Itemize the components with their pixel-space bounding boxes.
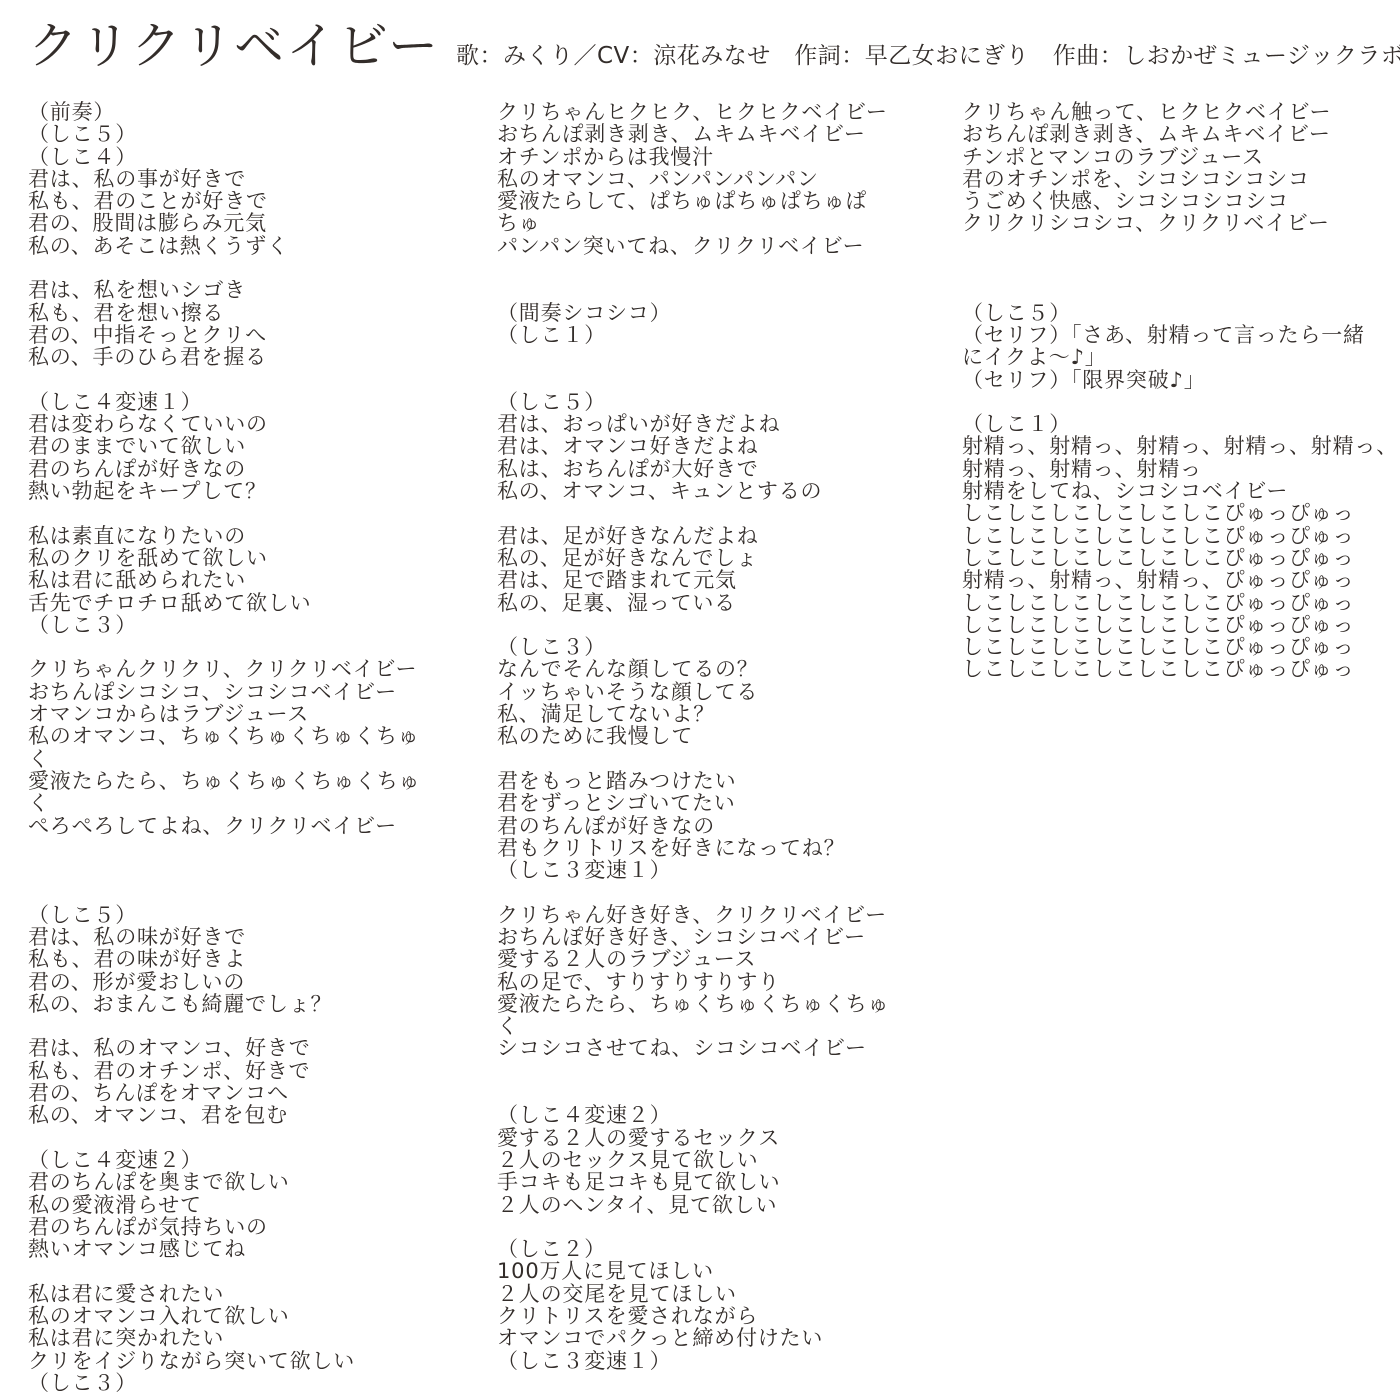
blank-line <box>28 636 420 658</box>
lyric-line: おちんぽ剥き剥き、ムキムキベイビー <box>497 123 889 145</box>
lyric-line: 君は、足で踏まれて元気 <box>497 569 889 591</box>
lyric-line: 私の、おまんこも綺麗でしょ？ <box>28 993 420 1015</box>
lyric-line: 私は君に愛されたい <box>28 1283 420 1305</box>
blank-line <box>962 235 1398 257</box>
song-title: クリクリベイビー <box>28 6 440 78</box>
lyric-line: クリちゃんクリクリ、クリクリベイビー <box>28 658 420 680</box>
lyric-line: しこしこしこしこしこしこぴゅっぴゅっ <box>962 547 1398 569</box>
blank-line <box>497 369 889 391</box>
lyric-line: （しこ３） <box>497 636 889 658</box>
lyric-line: く <box>497 1015 889 1037</box>
lyric-line: 君をもっと踏みつけたい <box>497 770 889 792</box>
lyric-line: クリちゃん好き好き、クリクリベイビー <box>497 904 889 926</box>
lyric-line: 私、満足してないよ？ <box>497 703 889 725</box>
lyric-line: 愛液たらたら、ちゅくちゅくちゅくちゅ <box>497 993 889 1015</box>
lyric-line: 君の、中指そっとクリへ <box>28 324 420 346</box>
lyric-line: ぺろぺろしてよね、クリクリベイビー <box>28 815 420 837</box>
lyric-line: 私のオマンコ、パンパンパンパン <box>497 168 889 190</box>
lyric-line: 熱いオマンコ感じてね <box>28 1238 420 1260</box>
lyric-line: おちんぽ剥き剥き、ムキムキベイビー <box>962 123 1398 145</box>
lyric-line: （しこ５） <box>497 391 889 413</box>
blank-line <box>962 391 1398 413</box>
lyric-line: 私の、オマンコ、君を包む <box>28 1104 420 1126</box>
lyric-line: 射精をしてね、シコシコベイビー <box>962 480 1398 502</box>
lyric-line: く <box>28 748 420 770</box>
lyric-line: （しこ１） <box>497 324 889 346</box>
lyric-line: 君のちんぽが好きなの <box>28 458 420 480</box>
header: クリクリベイビー 歌：みくり／CV：涼花みなせ 作詞：早乙女おにぎり 作曲：しお… <box>28 6 1400 78</box>
lyric-line: 君の、形が愛おしいの <box>28 971 420 993</box>
blank-line <box>28 369 420 391</box>
blank-line <box>28 881 420 903</box>
blank-line <box>962 279 1398 301</box>
lyric-line: ちゅ <box>497 212 889 234</box>
lyric-line: クリをイジりながら突いて欲しい <box>28 1350 420 1372</box>
blank-line <box>28 502 420 524</box>
lyric-line: 射精っ、射精っ、射精っ、射精っ、射精っ、 <box>962 435 1398 457</box>
lyric-line: しこしこしこしこしこしこぴゅっぴゅっ <box>962 658 1398 680</box>
lyric-line: うごめく快感、シコシコシコシコ <box>962 190 1398 212</box>
lyric-line: 私は君に舐められたい <box>28 569 420 591</box>
lyric-line: 私の、足裏、湿っている <box>497 592 889 614</box>
lyric-line: ２人のヘンタイ、見て欲しい <box>497 1194 889 1216</box>
blank-line <box>497 1082 889 1104</box>
lyric-line: 私の、あそこは熱くうずく <box>28 235 420 257</box>
blank-line <box>497 881 889 903</box>
lyric-line: 私は君に突かれたい <box>28 1327 420 1349</box>
lyric-line: 私は、おちんぽが大好きで <box>497 458 889 480</box>
blank-line <box>497 346 889 368</box>
lyric-line: 君のちんぽが好きなの <box>497 815 889 837</box>
blank-line <box>28 859 420 881</box>
lyric-line: 私も、君を想い擦る <box>28 302 420 324</box>
lyric-line: 愛する２人のラブジュース <box>497 948 889 970</box>
lyric-line: 君のちんぽを奥まで欲しい <box>28 1171 420 1193</box>
lyrics-column-1: （前奏）（しこ５）（しこ４）君は、私の事が好きで私も、君のことが好きで君の、股間… <box>28 101 420 1394</box>
lyric-line: （しこ４） <box>28 146 420 168</box>
lyric-line: （セリフ）「限界突破♪」 <box>962 369 1398 391</box>
lyric-line: 愛液たらたら、ちゅくちゅくちゅくちゅ <box>28 770 420 792</box>
blank-line <box>28 837 420 859</box>
lyric-line: 舌先でチロチロ舐めて欲しい <box>28 592 420 614</box>
lyric-line: ２人の交尾を見てほしい <box>497 1283 889 1305</box>
lyric-line: にイクよ～♪」 <box>962 346 1398 368</box>
blank-line <box>962 257 1398 279</box>
blank-line <box>497 614 889 636</box>
lyric-line: 私の、足が好きなんでしょ <box>497 547 889 569</box>
lyric-line: 私のクリを舐めて欲しい <box>28 547 420 569</box>
lyric-line: 君の、股間は膨らみ元気 <box>28 212 420 234</box>
lyric-line: 君は変わらなくていいの <box>28 413 420 435</box>
blank-line <box>28 1015 420 1037</box>
lyric-line: クリトリスを愛されながら <box>497 1305 889 1327</box>
lyric-line: （前奏） <box>28 101 420 123</box>
lyric-line: 私も、君のオチンポ、好きで <box>28 1060 420 1082</box>
blank-line <box>497 502 889 524</box>
lyric-line: 私の愛液滑らせて <box>28 1194 420 1216</box>
lyric-line: チンポとマンコのラブジュース <box>962 146 1398 168</box>
lyric-line: クリちゃん触って、ヒクヒクベイビー <box>962 101 1398 123</box>
blank-line <box>497 279 889 301</box>
lyric-line: しこしこしこしこしこしこぴゅっぴゅっ <box>962 614 1398 636</box>
blank-line <box>28 1260 420 1282</box>
lyric-line: （しこ４変速１） <box>28 391 420 413</box>
lyric-line: シコシコさせてね、シコシコベイビー <box>497 1037 889 1059</box>
lyric-line: クリクリシコシコ、クリクリベイビー <box>962 212 1398 234</box>
lyric-line: 君は、おっぱいが好きだよね <box>497 413 889 435</box>
lyric-line: 射精っ、射精っ、射精っ <box>962 458 1398 480</box>
lyric-line: 君のちんぽが気持ちいの <box>28 1216 420 1238</box>
lyric-line: （間奏シコシコ） <box>497 302 889 324</box>
lyric-line: なんでそんな顔してるの？ <box>497 658 889 680</box>
lyric-line: 君の、ちんぽをオマンコへ <box>28 1082 420 1104</box>
lyric-line: しこしこしこしこしこしこぴゅっぴゅっ <box>962 502 1398 524</box>
lyric-line: しこしこしこしこしこしこぴゅっぴゅっ <box>962 525 1398 547</box>
lyric-line: 手コキも足コキも見て欲しい <box>497 1171 889 1193</box>
lyric-line: 君は、私を想いシゴき <box>28 279 420 301</box>
lyric-line: オマンコからはラブジュース <box>28 703 420 725</box>
lyric-line: 私も、君の味が好きよ <box>28 948 420 970</box>
lyric-line: （しこ３） <box>28 1372 420 1394</box>
lyric-line: （しこ３変速１） <box>497 1350 889 1372</box>
lyric-line: 私の、オマンコ、キュンとするの <box>497 480 889 502</box>
blank-line <box>497 748 889 770</box>
blank-line <box>28 257 420 279</box>
lyric-line: 愛する２人の愛するセックス <box>497 1127 889 1149</box>
lyric-line: く <box>28 792 420 814</box>
lyric-line: 私のオマンコ入れて欲しい <box>28 1305 420 1327</box>
lyric-line: （しこ５） <box>28 123 420 145</box>
lyric-line: 君は、オマンコ好きだよね <box>497 435 889 457</box>
lyric-line: オマンコでパクっと締め付けたい <box>497 1327 889 1349</box>
lyric-line: 私のオマンコ、ちゅくちゅくちゅくちゅ <box>28 725 420 747</box>
lyric-line: しこしこしこしこしこしこぴゅっぴゅっ <box>962 636 1398 658</box>
song-credits: 歌：みくり／CV：涼花みなせ 作詞：早乙女おにぎり 作曲：しおかぜミュージックラ… <box>456 37 1400 70</box>
lyric-line: 私は素直になりたいの <box>28 525 420 547</box>
lyric-line: 私の、手のひら君を握る <box>28 346 420 368</box>
lyric-line: 君は、足が好きなんだよね <box>497 525 889 547</box>
lyric-line: （しこ４変速２） <box>497 1104 889 1126</box>
lyric-line: 愛液たらして、ぱちゅぱちゅぱちゅぱ <box>497 190 889 212</box>
lyric-line: しこしこしこしこしこしこぴゅっぴゅっ <box>962 592 1398 614</box>
lyric-line: 君は、私の事が好きで <box>28 168 420 190</box>
blank-line <box>497 1060 889 1082</box>
lyric-line: クリちゃんヒクヒク、ヒクヒクベイビー <box>497 101 889 123</box>
lyric-line: 君は、私のオマンコ、好きで <box>28 1037 420 1059</box>
lyrics-column-3: クリちゃん触って、ヒクヒクベイビーおちんぽ剥き剥き、ムキムキベイビーチンポとマン… <box>962 101 1398 681</box>
lyric-line: オチンポからは我慢汁 <box>497 146 889 168</box>
blank-line <box>28 1127 420 1149</box>
lyric-line: （しこ４変速２） <box>28 1149 420 1171</box>
lyric-line: パンパン突いてね、クリクリベイビー <box>497 235 889 257</box>
lyric-line: イッちゃいそうな顔してる <box>497 681 889 703</box>
lyric-line: （しこ３変速１） <box>497 859 889 881</box>
lyric-line: 熱い勃起をキープして？ <box>28 480 420 502</box>
blank-line <box>497 1216 889 1238</box>
lyric-line: 私の足で、すりすりすりすり <box>497 971 889 993</box>
lyric-line: おちんぽシコシコ、シコシコベイビー <box>28 681 420 703</box>
lyric-line: 君のままでいて欲しい <box>28 435 420 457</box>
lyric-line: （しこ１） <box>962 413 1398 435</box>
lyrics-column-2: クリちゃんヒクヒク、ヒクヒクベイビーおちんぽ剥き剥き、ムキムキベイビーオチンポか… <box>497 101 889 1372</box>
lyric-line: 私も、君のことが好きで <box>28 190 420 212</box>
blank-line <box>497 257 889 279</box>
lyric-line: 君をずっとシゴいてたい <box>497 792 889 814</box>
lyric-line: 100万人に見てほしい <box>497 1260 889 1282</box>
lyric-line: おちんぽ好き好き、シコシコベイビー <box>497 926 889 948</box>
lyric-line: （しこ２） <box>497 1238 889 1260</box>
lyric-line: ２人のセックス見て欲しい <box>497 1149 889 1171</box>
lyric-line: 射精っ、射精っ、射精っ、ぴゅっぴゅっ <box>962 569 1398 591</box>
lyric-line: （しこ５） <box>28 904 420 926</box>
lyric-line: 君のオチンポを、シコシコシコシコ <box>962 168 1398 190</box>
lyric-line: 君は、私の味が好きで <box>28 926 420 948</box>
lyric-line: （しこ３） <box>28 614 420 636</box>
lyric-line: 私のために我慢して <box>497 725 889 747</box>
lyric-line: 君もクリトリスを好きになってね？ <box>497 837 889 859</box>
lyric-line: （セリフ）「さあ、射精って言ったら一緒 <box>962 324 1398 346</box>
lyric-line: （しこ５） <box>962 302 1398 324</box>
